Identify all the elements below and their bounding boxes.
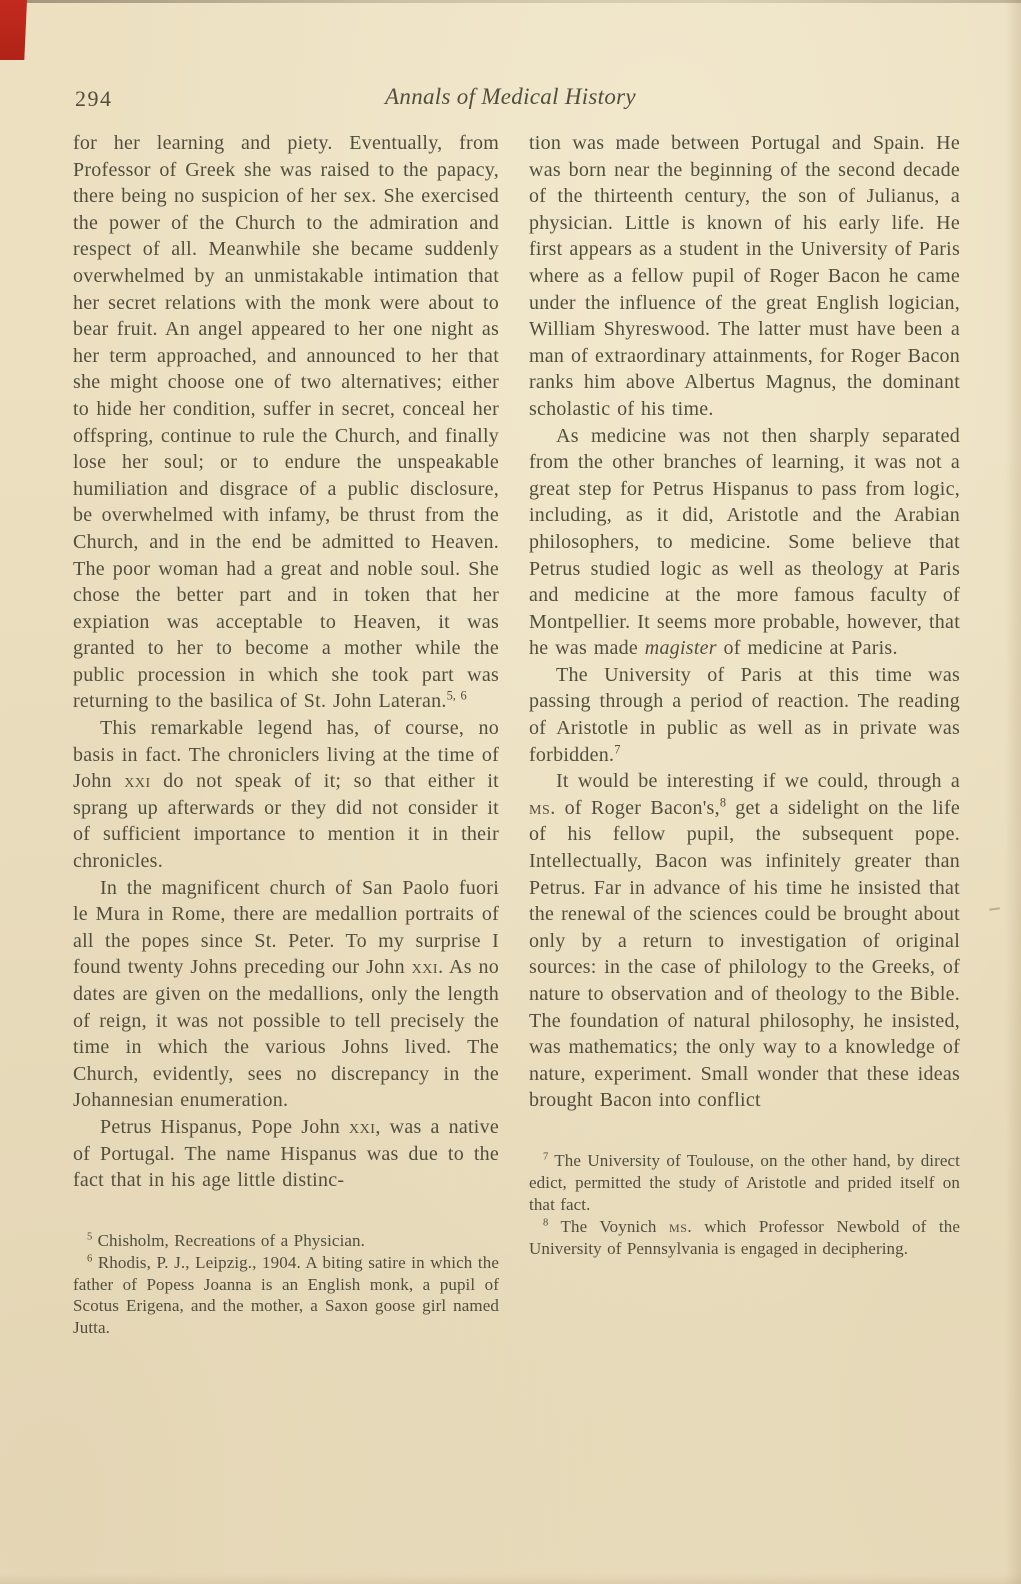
body-paragraph: for her learning and piety. Eventually, … — [73, 130, 499, 715]
body-paragraph: Petrus Hispanus, Pope John xxi, was a na… — [73, 1114, 499, 1194]
page-top-edge-shadow — [0, 0, 1021, 3]
scanned-book-page: 294 Annals of Medical History for her le… — [0, 0, 1021, 1584]
right-column-body: tion was made between Portugal and Spain… — [529, 130, 960, 1114]
right-column-footnotes: 7 The University of Toulouse, on the oth… — [529, 1150, 960, 1260]
page-right-edge-shadow — [1005, 0, 1021, 1584]
red-corner-mark — [0, 0, 27, 60]
running-head-journal-title: Annals of Medical History — [0, 84, 1021, 110]
right-column: tion was made between Portugal and Spain… — [529, 130, 960, 1260]
body-paragraph: As medicine was not then sharply separat… — [529, 423, 960, 662]
body-paragraph: In the magnificent church of San Paolo f… — [73, 875, 499, 1114]
footnote: 8 The Voynich ms. which Professor Newbol… — [529, 1216, 960, 1260]
stray-pen-mark — [989, 907, 1000, 911]
footnote: 5 Chisholm, Recreations of a Physician. — [73, 1230, 499, 1252]
body-paragraph: This remarkable legend has, of course, n… — [73, 715, 499, 875]
left-column: for her learning and piety. Eventually, … — [73, 130, 499, 1339]
body-paragraph: tion was made between Portugal and Spain… — [529, 130, 960, 423]
body-paragraph: The University of Paris at this time was… — [529, 662, 960, 768]
footnote: 6 Rhodis, P. J., Leipzig., 1904. A bitin… — [73, 1252, 499, 1340]
page-bottom-edge-shadow — [0, 1574, 1021, 1584]
left-column-footnotes: 5 Chisholm, Recreations of a Physician.6… — [73, 1230, 499, 1340]
body-paragraph: It would be interesting if we could, thr… — [529, 768, 960, 1114]
left-column-body: for her learning and piety. Eventually, … — [73, 130, 499, 1194]
footnote: 7 The University of Toulouse, on the oth… — [529, 1150, 960, 1216]
